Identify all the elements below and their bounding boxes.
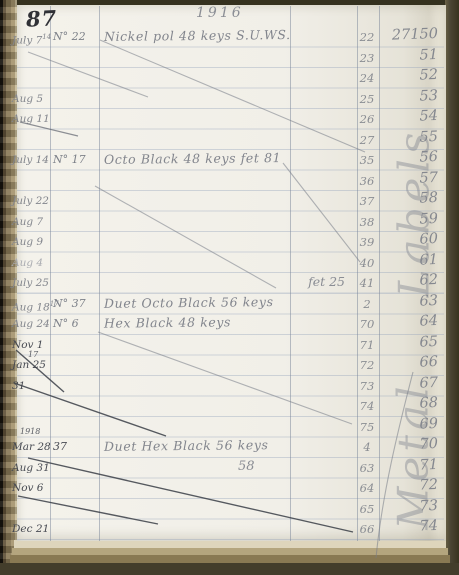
date-cell: Dec 21 xyxy=(12,519,49,539)
scanned-ledger-page: 87 1916 Labels Metal July 714N° 22Nickel… xyxy=(0,0,459,575)
serial-cell: 27150 xyxy=(379,24,439,46)
date-cell: Jan 25 xyxy=(12,355,46,375)
count-cell: 39 xyxy=(355,232,379,252)
date-cell: July 22 xyxy=(12,191,49,211)
description-note-cell: fet 25 xyxy=(225,272,345,292)
serial-cell: 58 xyxy=(379,188,439,210)
date-text: Aug 4 xyxy=(12,257,43,269)
date-text: Aug 18 xyxy=(12,301,50,313)
ledger-row: Aug 112654 xyxy=(0,109,459,130)
count-cell: 75 xyxy=(355,417,379,437)
ledger-row: July 714N° 22Nickel pol 48 keys S.U.WS.2… xyxy=(0,27,459,48)
count-cell: 25 xyxy=(355,89,379,109)
serial-cell: 56 xyxy=(379,147,439,169)
ledger-row: Aug 44061 xyxy=(0,253,459,274)
ledger-row: Dec 216674 xyxy=(0,519,459,540)
ledger-row: Aug 24N° 6Hex Black 48 keys7064 xyxy=(0,314,459,335)
page-stack-edge xyxy=(10,555,450,563)
count-cell: 37 xyxy=(355,191,379,211)
date-text: Nov 6 xyxy=(12,482,43,494)
serial-cell: 54 xyxy=(379,106,439,128)
count-cell: 4 xyxy=(355,437,379,457)
date-cell: July 14 xyxy=(12,150,49,170)
date-cell: Mar 28 xyxy=(12,437,51,457)
date-text: July 14 xyxy=(12,154,49,166)
date-cell: Aug 9 xyxy=(12,232,43,252)
date-text: Aug 11 xyxy=(12,113,50,125)
serial-cell: 74 xyxy=(379,516,439,538)
count-cell: 36 xyxy=(355,171,379,191)
model-number-cell: 37 xyxy=(53,437,67,457)
description-note-cell: 58 xyxy=(238,457,255,477)
serial-cell: 69 xyxy=(379,414,439,436)
date-cell: 31 xyxy=(12,376,25,396)
model-number-cell: N° 37 xyxy=(53,294,86,314)
serial-cell: 71 xyxy=(379,455,439,477)
count-cell: 74 xyxy=(355,396,379,416)
date-cell: Aug 5 xyxy=(12,89,43,109)
date-text: 31 xyxy=(12,380,25,392)
description-cell: Nickel pol 48 keys S.U.WS. xyxy=(104,25,291,47)
count-cell: 70 xyxy=(355,314,379,334)
date-text: Aug 9 xyxy=(12,236,43,248)
date-cell: July 25 xyxy=(12,273,49,293)
date-text: July 7 xyxy=(12,35,42,47)
model-number-cell: N° 17 xyxy=(53,150,86,170)
ledger-row: Aug 52553 xyxy=(0,89,459,110)
date-text: July 22 xyxy=(12,195,49,207)
date-text: Mar 28 xyxy=(12,441,51,453)
ledger-row: 7468 xyxy=(0,396,459,417)
serial-cell: 68 xyxy=(379,393,439,415)
ledger-row: July 25fet 254162 xyxy=(0,273,459,294)
serial-cell: 53 xyxy=(379,86,439,108)
description-cell: Duet Octo Black 56 keys xyxy=(104,292,274,314)
date-text: Dec 21 xyxy=(12,523,49,535)
serial-cell: 72 xyxy=(379,475,439,497)
page-stack-edge xyxy=(14,540,446,548)
count-cell: 22 xyxy=(355,27,379,47)
serial-cell: 61 xyxy=(379,250,439,272)
count-cell: 23 xyxy=(355,48,379,68)
serial-cell: 59 xyxy=(379,209,439,231)
model-number-cell: N° 6 xyxy=(53,314,79,334)
serial-cell: 57 xyxy=(379,168,439,190)
count-cell: 40 xyxy=(355,253,379,273)
count-cell: 38 xyxy=(355,212,379,232)
date-cell: Nov 6 xyxy=(12,478,43,498)
ledger-row: Jan 257266 xyxy=(0,355,459,376)
date-text: July 25 xyxy=(12,277,49,289)
date-text: Jan 25 xyxy=(12,359,46,371)
ledger-row: Nov 66472 xyxy=(0,478,459,499)
year-header: 1916 xyxy=(196,5,244,21)
date-text: Aug 7 xyxy=(12,216,43,228)
count-cell: 24 xyxy=(355,68,379,88)
book-cover-edge-bottom xyxy=(0,563,459,575)
serial-cell: 73 xyxy=(379,496,439,518)
count-cell: 41 xyxy=(355,273,379,293)
count-cell: 63 xyxy=(355,458,379,478)
date-text: Aug 31 xyxy=(12,462,50,474)
ledger-row: Mar 28191837Duet Hex Black 56 keys470 xyxy=(0,437,459,458)
ledger-row: July 223758 xyxy=(0,191,459,212)
ledger-row: July 14N° 17Octo Black 48 keys fet 81355… xyxy=(0,150,459,171)
date-cell: Aug 11 xyxy=(12,109,50,129)
date-cell: Aug 4 xyxy=(12,253,43,273)
count-cell: 65 xyxy=(355,499,379,519)
ledger-row: Aug 73859 xyxy=(0,212,459,233)
count-cell: 64 xyxy=(355,478,379,498)
serial-cell: 60 xyxy=(379,229,439,251)
date-text: Aug 24 xyxy=(12,318,50,330)
count-cell: 73 xyxy=(355,376,379,396)
serial-cell: 64 xyxy=(379,311,439,333)
page-stack-edge xyxy=(12,548,448,555)
description-cell: Duet Hex Black 56 keys xyxy=(104,436,269,458)
serial-cell: 51 xyxy=(379,44,439,66)
count-cell: 72 xyxy=(355,355,379,375)
ledger-row: 2351 xyxy=(0,48,459,69)
count-cell: 35 xyxy=(355,150,379,170)
ledger-row: 3657 xyxy=(0,171,459,192)
description-cell: Hex Black 48 keys xyxy=(104,313,231,334)
date-cell: Aug 7 xyxy=(12,212,43,232)
serial-cell: 62 xyxy=(379,270,439,292)
count-cell: 26 xyxy=(355,109,379,129)
serial-cell: 65 xyxy=(379,332,439,354)
ledger-row: 2452 xyxy=(0,68,459,89)
year-note: 1918 xyxy=(20,427,40,436)
model-number-cell: N° 22 xyxy=(53,27,86,47)
count-cell: 27 xyxy=(355,130,379,150)
count-cell: 71 xyxy=(355,335,379,355)
date-cell: Aug 31 xyxy=(12,458,50,478)
date-text: Aug 5 xyxy=(12,93,43,105)
serial-cell: 70 xyxy=(379,434,439,456)
date-cell: Aug 24 xyxy=(12,314,50,334)
serial-cell: 63 xyxy=(379,291,439,313)
ledger-row: Aug 93960 xyxy=(0,232,459,253)
count-cell: 66 xyxy=(355,519,379,539)
ledger-row: 2755 xyxy=(0,130,459,151)
count-cell: 2 xyxy=(355,294,379,314)
serial-cell: 66 xyxy=(379,352,439,374)
description-cell: Octo Black 48 keys fet 81 xyxy=(104,148,281,170)
serial-cell: 55 xyxy=(379,127,439,149)
serial-cell: 67 xyxy=(379,373,439,395)
serial-cell: 52 xyxy=(379,65,439,87)
date-superscript: 14 xyxy=(42,33,51,41)
